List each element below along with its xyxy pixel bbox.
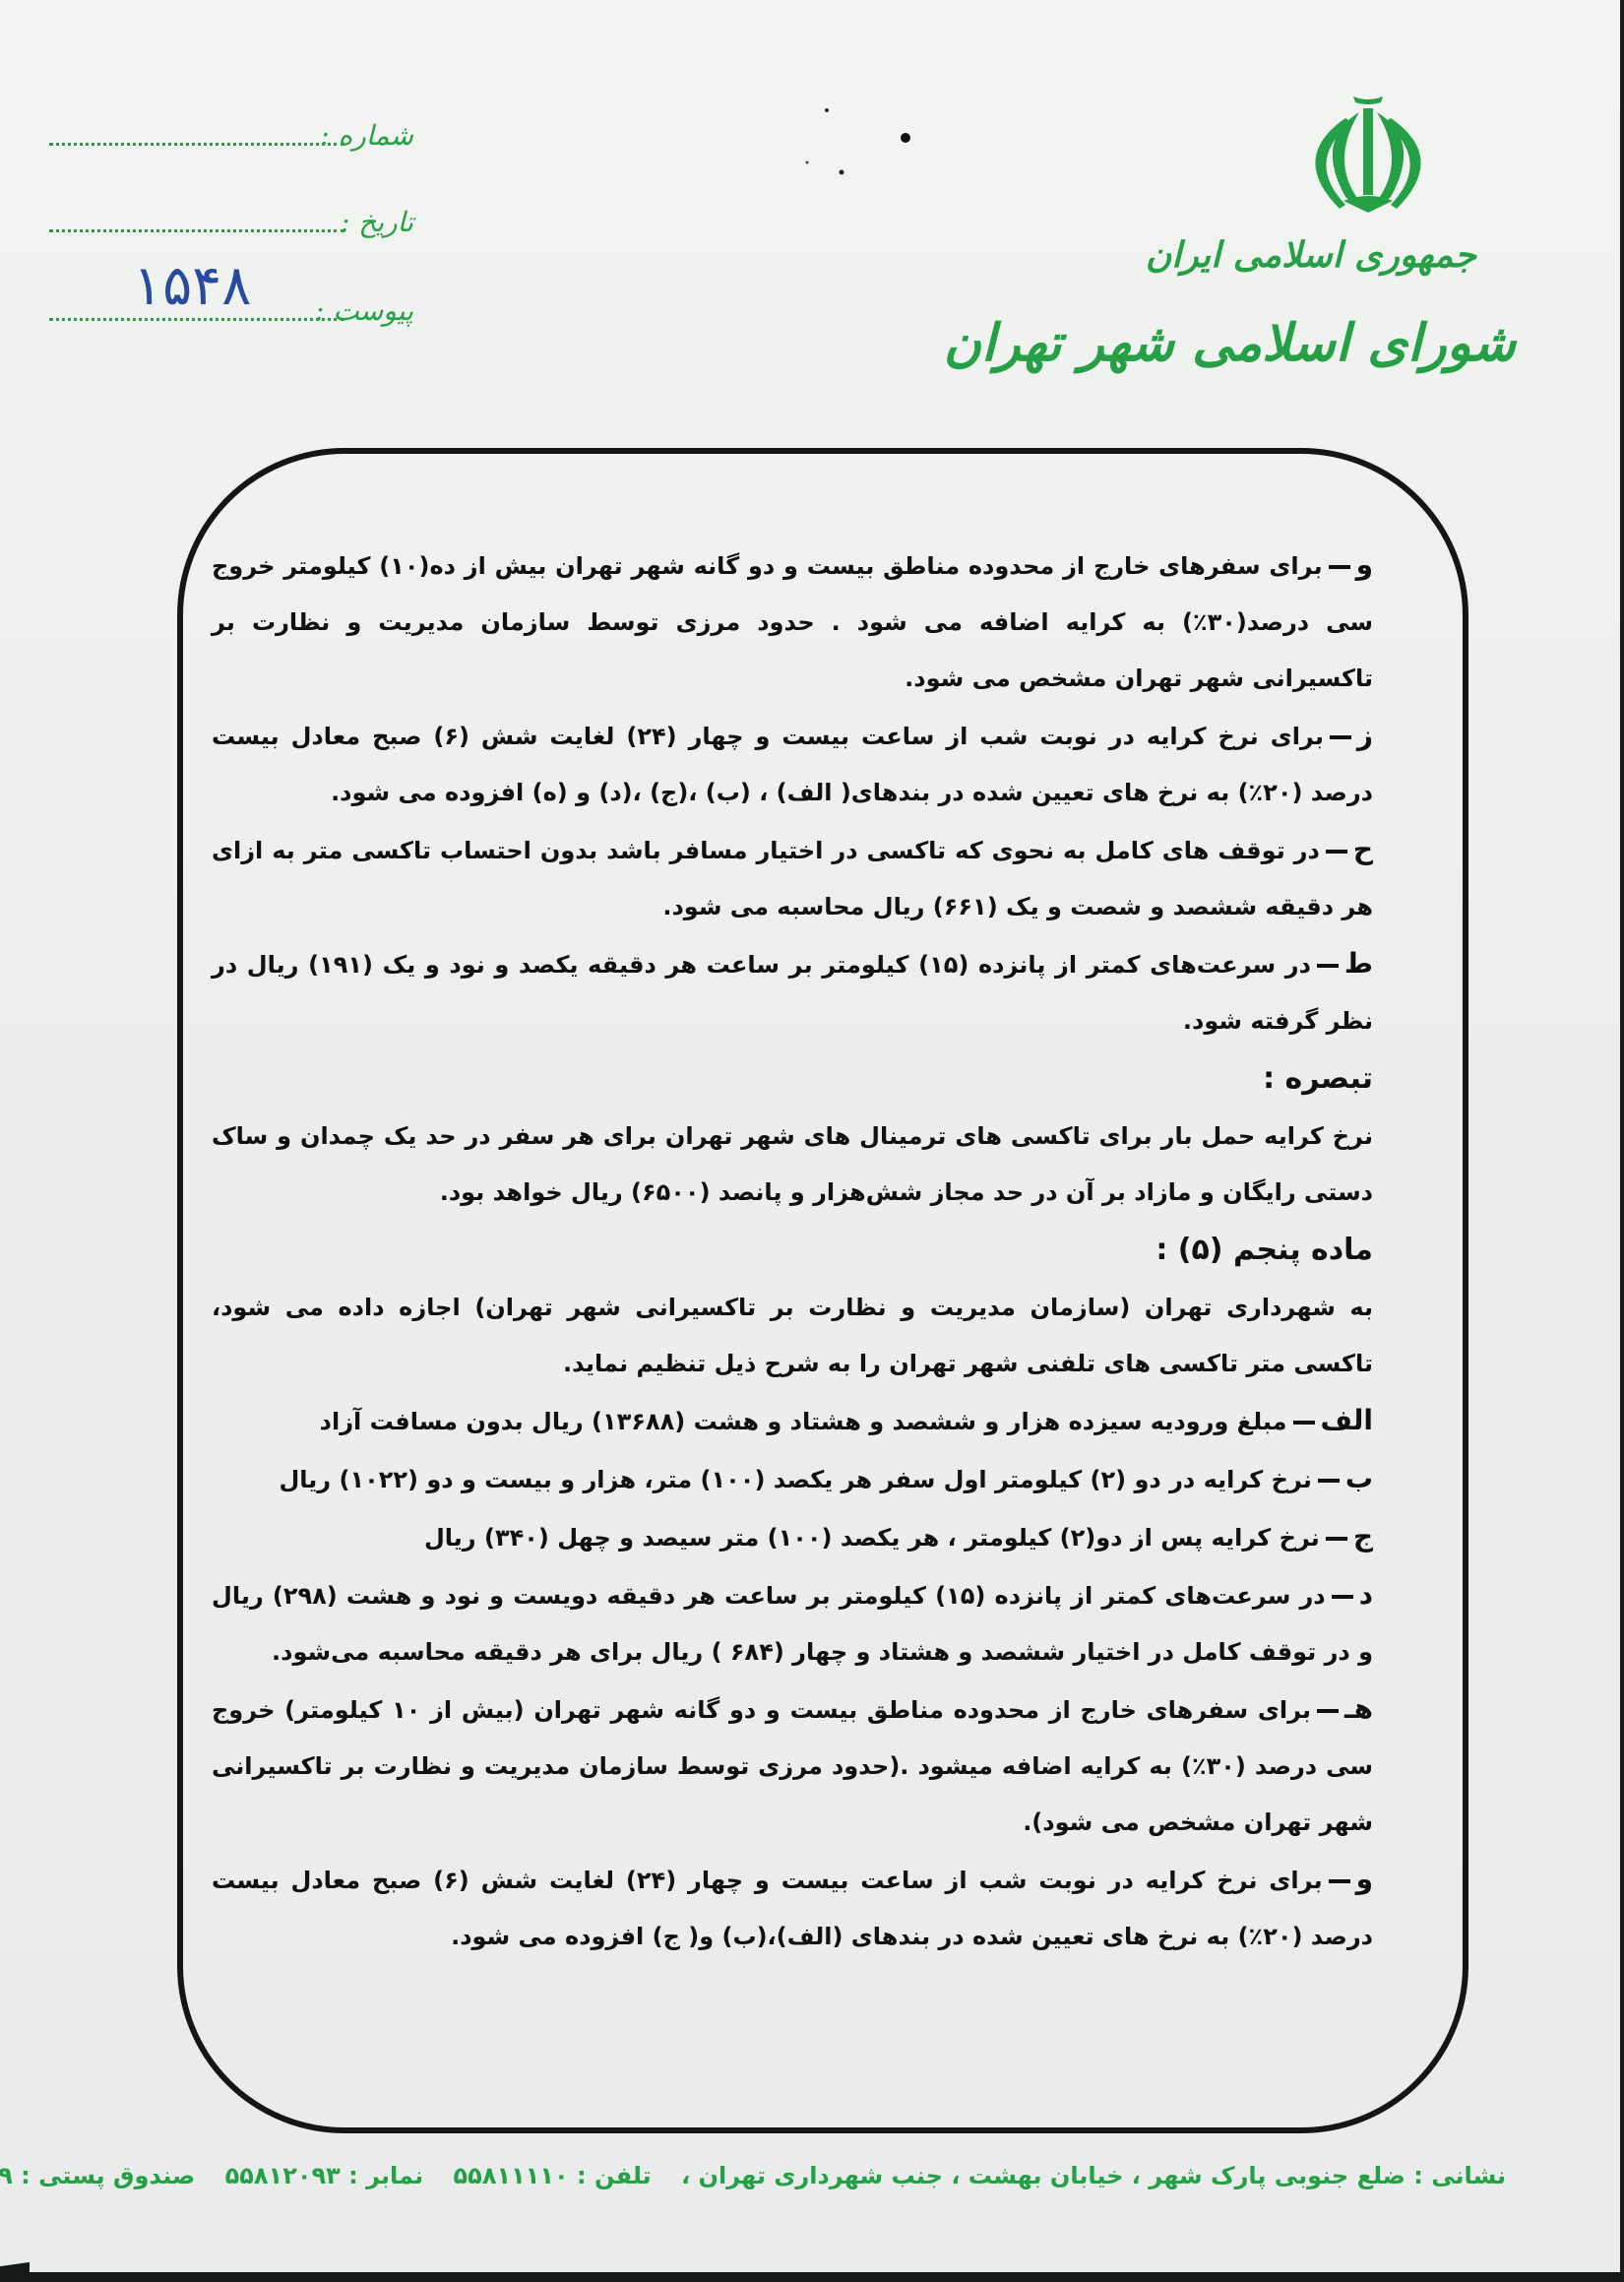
dash-mark bbox=[1326, 850, 1347, 854]
footer-fax: نمابر : ۵۵۸۱۲۰۹۳ bbox=[225, 2162, 424, 2189]
footer-address: نشانی : ضلع جنوبی پارک شهر ، خیابان بهشت… bbox=[681, 2162, 1506, 2189]
footer-contact: نشانی : ضلع جنوبی پارک شهر ، خیابان بهشت… bbox=[0, 2162, 1506, 2189]
article-item-be: بنرخ کرایه در دو (۲) کیلومتر اول سفر هر … bbox=[212, 1450, 1373, 1508]
article-item-vav: وبرای نرخ کرایه در نوبت شب از ساعت بیست … bbox=[212, 1851, 1373, 1965]
document-body: وبرای سفرهای خارج از محدوده مناطق بیست و… bbox=[212, 537, 1373, 1965]
dash-mark bbox=[1317, 964, 1339, 968]
dash-mark bbox=[1293, 1421, 1315, 1425]
number-label: شماره : bbox=[320, 119, 413, 152]
clause-ta: طدر سرعت‌های کمتر از پانزده (۱۵) کیلومتر… bbox=[212, 935, 1373, 1049]
number-field: شماره : bbox=[49, 110, 413, 159]
dash-mark bbox=[1329, 1879, 1350, 1883]
dash-mark bbox=[1326, 1537, 1347, 1541]
article-five-intro: به شهرداری تهران (سازمان مدیریت و نظارت … bbox=[212, 1280, 1373, 1392]
clause-vav: وبرای سفرهای خارج از محدوده مناطق بیست و… bbox=[212, 537, 1373, 707]
clause-ze: زبرای نرخ کرایه در نوبت شب از ساعت بیست … bbox=[212, 707, 1373, 821]
date-label: تاریخ : bbox=[341, 206, 413, 238]
header-republic-title: جمهوری اسلامی ایران bbox=[1146, 234, 1476, 276]
dash-mark bbox=[1332, 1595, 1353, 1599]
dash-mark bbox=[1330, 735, 1351, 739]
date-field: تاریخ : bbox=[49, 197, 413, 246]
article-item-he: هـبرای سفرهای خارج از محدوده مناطق بیست … bbox=[212, 1680, 1373, 1851]
scan-edge bbox=[1620, 0, 1624, 2282]
article-five-heading: ماده پنجم (۵) : bbox=[212, 1221, 1373, 1280]
note-heading: تبصره : bbox=[212, 1049, 1373, 1109]
dash-mark bbox=[1318, 1479, 1340, 1483]
article-item-alef: الفمبلغ ورودیه سیزده هزار و ششصد و هشتاد… bbox=[212, 1392, 1373, 1450]
header-council-title: شورای اسلامی شهر تهران bbox=[944, 313, 1516, 373]
note-text: نرخ کرایه حمل بار برای تاکسی های ترمینال… bbox=[212, 1109, 1373, 1221]
dash-mark bbox=[1329, 565, 1350, 569]
scan-specks bbox=[748, 98, 945, 177]
article-item-dal: ددر سرعت‌های کمتر از پانزده (۱۵) کیلومتر… bbox=[212, 1566, 1373, 1680]
footer-phone: تلفن : ۵۵۸۱۱۱۱۰ bbox=[454, 2162, 652, 2189]
dotted-line bbox=[49, 229, 344, 232]
letterhead-page: جمهوری اسلامی ایران شورای اسلامی شهر تهر… bbox=[0, 0, 1624, 2282]
handwritten-number: ۱۵۴۸ bbox=[133, 254, 251, 318]
scan-edge bbox=[0, 2272, 1624, 2282]
attachment-label: پیوست : bbox=[315, 294, 413, 327]
iran-emblem-icon bbox=[1304, 91, 1432, 219]
dotted-line bbox=[49, 318, 344, 321]
footer-po-box: صندوق پستی : ۴۳۸۹ / ۱۱۳۶۵ bbox=[0, 2162, 195, 2189]
article-item-jim: جنرخ کرایه پس از دو(۲) کیلومتر ، هر یکصد… bbox=[212, 1508, 1373, 1566]
dotted-line bbox=[49, 143, 344, 146]
dash-mark bbox=[1317, 1709, 1339, 1713]
clause-he: حدر توقف های کامل به نحوی که تاکسی در اخ… bbox=[212, 821, 1373, 935]
